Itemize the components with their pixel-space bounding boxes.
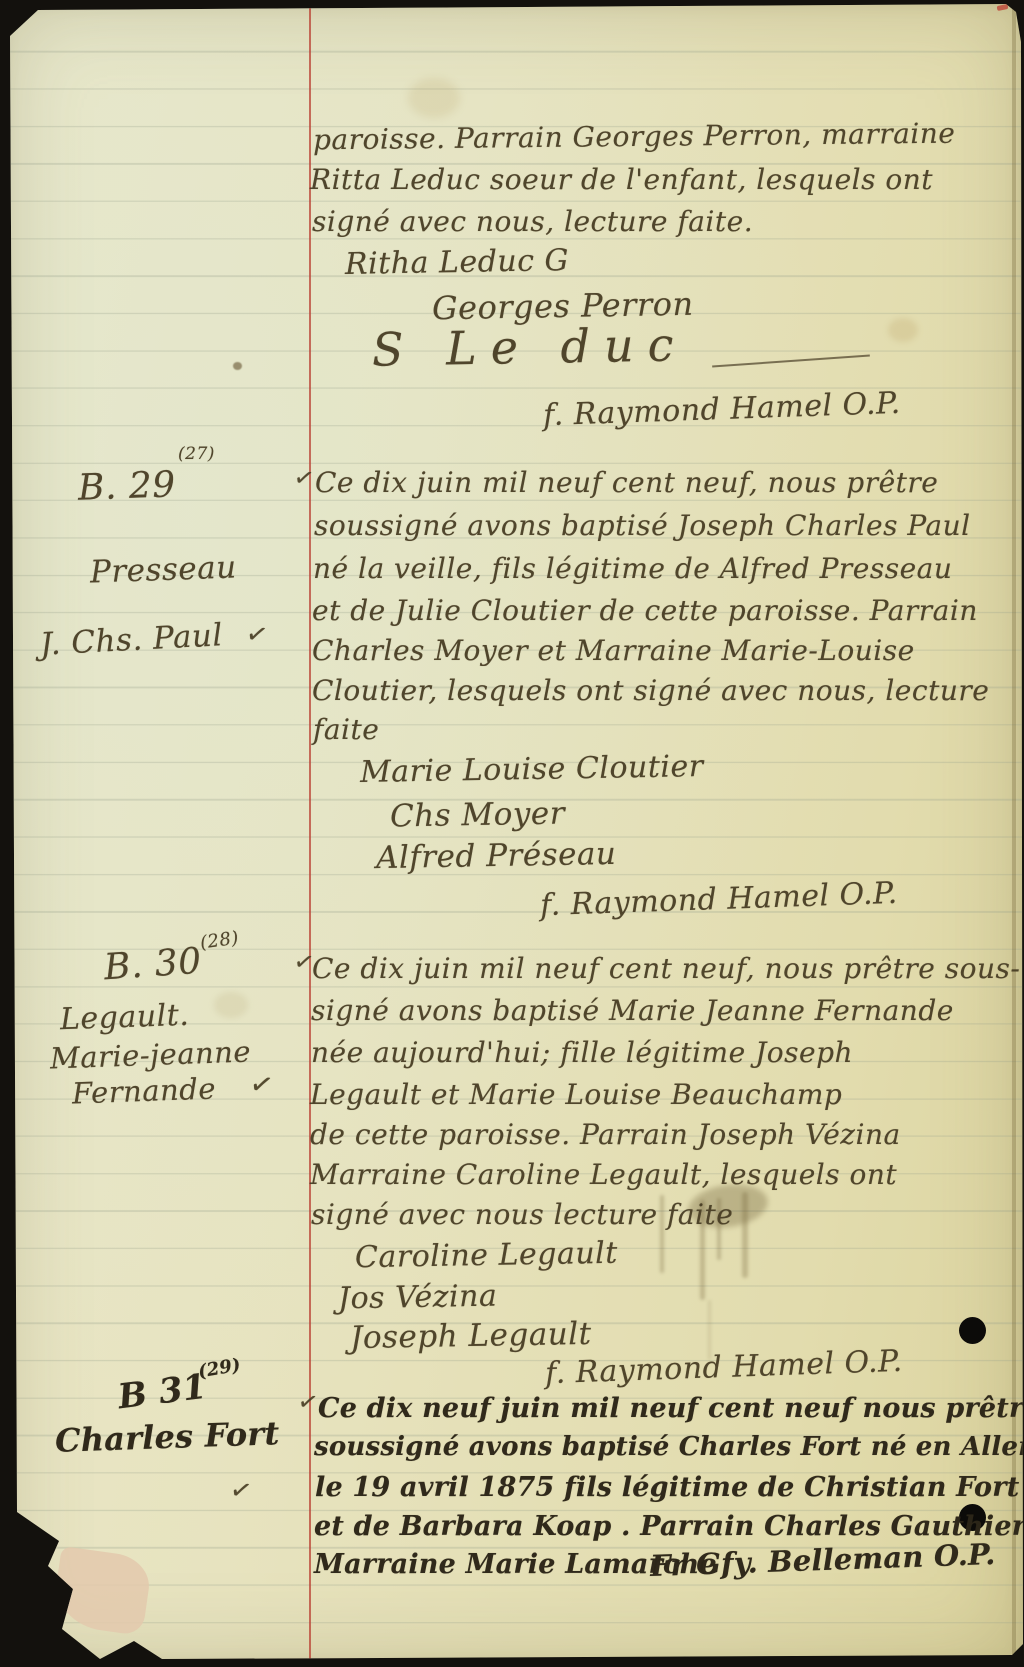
entry-b29-number-sup: (27) (178, 444, 215, 464)
signature: Chs Moyer (390, 795, 566, 834)
entry-b29-number: B. 29 (77, 464, 176, 508)
entry-b29-body-line: Ce dix juin mil neuf cent neuf, nous prê… (315, 466, 938, 499)
entry-b30-body-line: Legault et Marie Louise Beauchamp (310, 1078, 842, 1111)
entry-b31-body-line: Ce dix neuf juin mil neuf cent neuf nous… (318, 1393, 1024, 1424)
entry-b30-margin-name: Marie-jeanne (49, 1035, 251, 1076)
entry-b29-body-line: Charles Moyer et Marraine Marie-Louise (312, 634, 915, 667)
signature: S Le duc (372, 317, 688, 376)
punch-hole (959, 1317, 986, 1344)
scan-background: paroisse. Parrain Georges Perron, marrai… (0, 0, 1024, 1667)
entry-cont-body-line: Ritta Leduc soeur de l'enfant, lesquels … (310, 163, 933, 196)
signature: Jos Vézina (338, 1279, 498, 1317)
entry-cont-body-line: paroisse. Parrain Georges Perron, marrai… (313, 117, 956, 157)
entry-b30-body-line: Ce dix juin mil neuf cent neuf, nous prê… (312, 952, 1020, 985)
entry-b30-margin-name: Fernande (71, 1071, 216, 1110)
signature: Caroline Legault (355, 1236, 618, 1276)
entry-b29-body-line: et de Julie Cloutier de cette paroisse. … (312, 594, 978, 627)
entry-b31-body-line: soussigné avons baptisé Charles Fort né … (314, 1432, 1024, 1462)
signature: Marie Louise Cloutier (360, 749, 704, 790)
entry-b30-body-line: de cette paroisse. Parrain Joseph Vézina (310, 1118, 901, 1151)
entry-b29-body-line: faite (313, 713, 379, 746)
entry-b30-body-line: née aujourd'hui; fille légitime Joseph (311, 1036, 853, 1069)
entry-b30-body-line: signé avons baptisé Marie Jeanne Fernand… (311, 994, 954, 1027)
entry-b29-body-line: né la veille, fils légitime de Alfred Pr… (313, 552, 952, 585)
entry-cont-body-line: signé avec nous, lecture faite. (312, 205, 753, 238)
ink-smudge-streak (742, 1192, 748, 1278)
signature: Ritha Leduc G (345, 243, 570, 282)
entry-b31-margin-name: Charles Fort (54, 1414, 280, 1460)
entry-b29-body-line: soussigné avons baptisé Joseph Charles P… (314, 509, 971, 542)
entry-b31-body-line: le 19 avril 1875 fils légitime de Christ… (315, 1472, 1019, 1503)
entry-b29-body-line: Cloutier, lesquels ont signé avec nous, … (312, 674, 989, 707)
ledger-page: paroisse. Parrain Georges Perron, marrai… (0, 0, 1024, 1667)
signature: Alfred Préseau (376, 836, 617, 876)
entry-b31-body-line: et de Barbara Koap . Parrain Charles Gau… (314, 1511, 1024, 1542)
entry-b29-margin-name: Presseau (89, 549, 237, 590)
entry-b30-body-line: Marraine Caroline Legault, lesquels ont (310, 1158, 897, 1191)
signature: Joseph Legault (350, 1316, 592, 1356)
entry-b30-margin-name: Legault. (59, 998, 189, 1037)
entry-b30-number: B. 30 (103, 941, 203, 989)
entry-b30-body-line: signé avec nous lecture faite (311, 1198, 733, 1231)
